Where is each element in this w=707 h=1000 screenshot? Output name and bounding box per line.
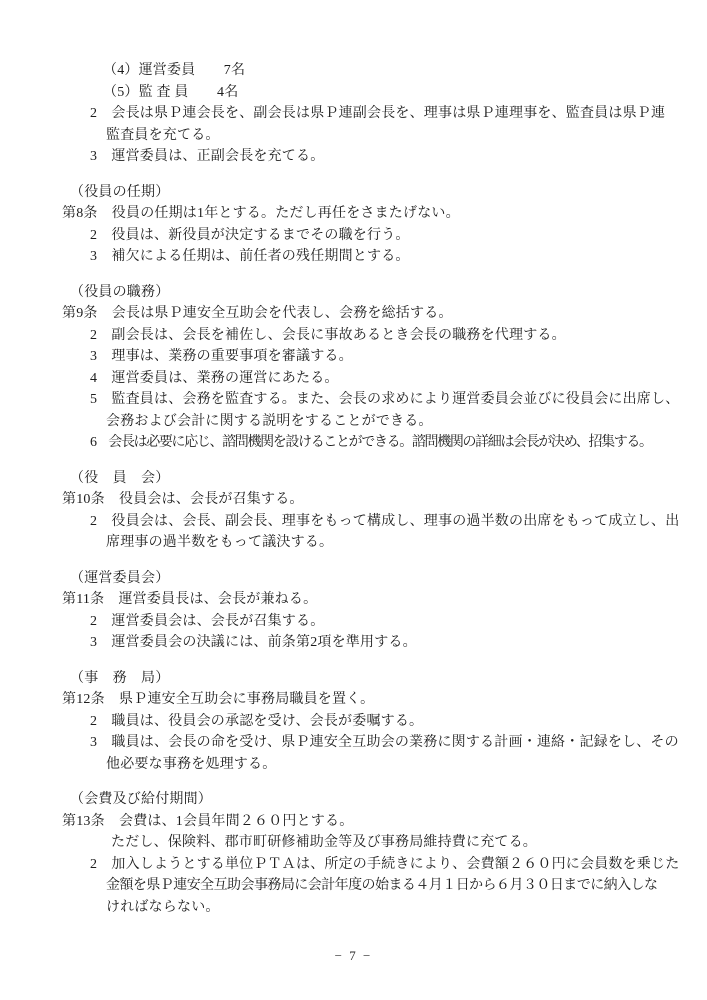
clause-continuation: 監査員を充てる。 bbox=[0, 125, 707, 147]
clause-line: 2 会長は県Ｐ連会長を、副会長は県Ｐ連副会長を、理事は県Ｐ連理事を、監査員は県Ｐ… bbox=[0, 103, 707, 125]
clause-line: 2 運営委員会は、会長が召集する。 bbox=[0, 611, 707, 633]
article-line: 第9条 会長は県Ｐ連安全互助会を代表し、会務を総括する。 bbox=[0, 303, 707, 325]
clause-line: 2 副会長は、会長を補佐し、会長に事故あるとき会長の職務を代理する。 bbox=[0, 325, 707, 347]
page-number: − 7 − bbox=[0, 945, 707, 967]
roster-line: （5）監 査 員 4名 bbox=[0, 82, 707, 104]
section-heading: （役 員 会） bbox=[0, 468, 707, 490]
clause-line: 3 職員は、会長の命を受け、県Ｐ連安全互助会の業務に関する計画・連絡・記録をし、… bbox=[0, 732, 707, 754]
article-line: 第12条 県Ｐ連安全互助会に事務局職員を置く。 bbox=[0, 689, 707, 711]
clause-continuation: 席理事の過半数をもって議決する。 bbox=[0, 532, 707, 554]
clause-line: 2 役員は、新役員が決定するまでその職を行う。 bbox=[0, 225, 707, 247]
section-heading: （会費及び給付期間） bbox=[0, 789, 707, 811]
article-line: 第11条 運営委員長は、会長が兼ねる。 bbox=[0, 589, 707, 611]
document-page: （4）運営委員 7名 （5）監 査 員 4名 2 会長は県Ｐ連会長を、副会長は県… bbox=[0, 0, 707, 1000]
clause-continuation: 金額を県Ｐ連安全互助会事務局に会計年度の始まる４月１日から６月３０日までに納入し… bbox=[0, 875, 707, 897]
clause-line: 2 役員会は、会長、副会長、理事をもって構成し、理事の過半数の出席をもって成立し… bbox=[0, 511, 707, 533]
section-heading: （事 務 局） bbox=[0, 668, 707, 690]
clause-continuation: 会務および会計に関する説明をすることができる。 bbox=[0, 411, 707, 433]
section-heading: （役員の任期） bbox=[0, 182, 707, 204]
article-line: 第8条 役員の任期は1年とする。ただし再任をさまたげない。 bbox=[0, 203, 707, 225]
section-heading: （運営委員会） bbox=[0, 568, 707, 590]
clause-continuation: ければならない。 bbox=[0, 897, 707, 919]
clause-line: 4 運営委員は、業務の運営にあたる。 bbox=[0, 368, 707, 390]
article-line: 第10条 役員会は、会長が召集する。 bbox=[0, 489, 707, 511]
clause-line: 6 会長は必要に応じ、諮問機関を設けることができる。諮問機関の詳細は会長が決め、… bbox=[0, 432, 707, 454]
clause-line: 2 職員は、役員会の承認を受け、会長が委嘱する。 bbox=[0, 711, 707, 733]
clause-line: 2 加入しようとする単位ＰＴＡは、所定の手続きにより、会費額２６０円に会員数を乗… bbox=[0, 854, 707, 876]
article-continuation: ただし、保険料、郡市町研修補助金等及び事務局維持費に充てる。 bbox=[0, 832, 707, 854]
clause-line: 3 補欠による任期は、前任者の残任期間とする。 bbox=[0, 246, 707, 268]
clause-line: 3 運営委員会の決議には、前条第2項を準用する。 bbox=[0, 632, 707, 654]
section-heading: （役員の職務） bbox=[0, 282, 707, 304]
clause-continuation: 他必要な事務を処理する。 bbox=[0, 754, 707, 776]
article-line: 第13条 会費は、1会員年間２６０円とする。 bbox=[0, 811, 707, 833]
clause-line: 3 運営委員は、正副会長を充てる。 bbox=[0, 146, 707, 168]
roster-line: （4）運営委員 7名 bbox=[0, 60, 707, 82]
clause-line: 5 監査員は、会務を監査する。また、会長の求めにより運営委員会並びに役員会に出席… bbox=[0, 389, 707, 411]
clause-line: 3 理事は、業務の重要事項を審議する。 bbox=[0, 346, 707, 368]
